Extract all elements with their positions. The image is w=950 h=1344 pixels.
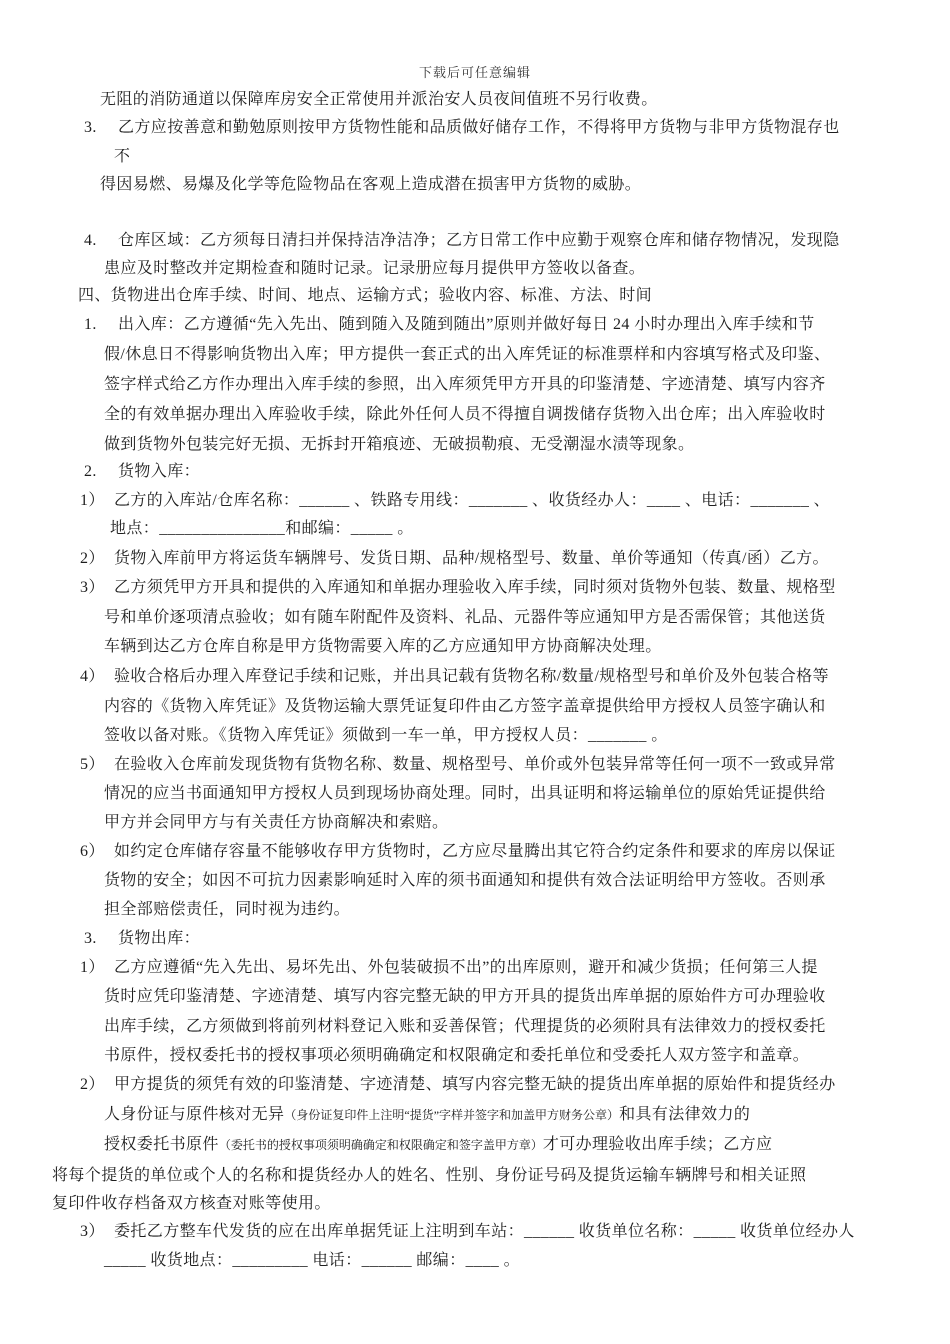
line-text: 货物出库： — [118, 930, 200, 947]
line-text: 号和单价逐项清点验收；如有随车附配件及资料、礼品、元器件等应通知甲方是否需保管；… — [104, 609, 826, 626]
line-text: 乙方的入库站/仓库名称：______ 、铁路专用线：_______ 、收货经办人… — [114, 492, 830, 509]
line-number: 6） — [80, 842, 114, 862]
text-line: 内容的《货物入库凭证》及货物运输大票凭证复印件由乙方签字盖章提供给甲方授权人员签… — [104, 697, 826, 717]
text-line: 做到货物外包装完好无损、无拆封开箱痕迹、无破损勒痕、无受潮湿水渍等现象。 — [104, 435, 694, 455]
line-number: 3） — [80, 578, 114, 598]
line-text: 货物入库前甲方将运货车辆牌号、发货日期、品种/规格型号、数量、单价等通知（传真/… — [114, 550, 829, 567]
line-text: 货时应凭印鉴清楚、字迹清楚、填写内容完整无缺的甲方开具的提货出库单据的原始件方可… — [104, 988, 826, 1005]
line-text: 出入库：乙方遵循“先入先出、随到随入及随到随出”原则并做好每日 24 小时办理出… — [118, 316, 815, 333]
line-number: 1） — [80, 491, 114, 511]
text-line: 2）货物入库前甲方将运货车辆牌号、发货日期、品种/规格型号、数量、单价等通知（传… — [80, 549, 829, 569]
text-line: 1）乙方的入库站/仓库名称：______ 、铁路专用线：_______ 、收货经… — [80, 491, 830, 511]
text-line: 得因易燃、易爆及化学等危险物品在客观上造成潜在损害甲方货物的威胁。 — [100, 175, 641, 195]
text-line: 货时应凭印鉴清楚、字迹清楚、填写内容完整无缺的甲方开具的提货出库单据的原始件方可… — [104, 987, 826, 1007]
line-text: 乙方须凭甲方开具和提供的入库通知和单据办理验收入库手续，同时须对货物外包装、数量… — [114, 579, 836, 596]
text-line: 签收以备对账。《货物入库凭证》须做到一车一单，甲方授权人员：_______ 。 — [104, 726, 668, 746]
line-text: 做到货物外包装完好无损、无拆封开箱痕迹、无破损勒痕、无受潮湿水渍等现象。 — [104, 436, 694, 453]
watermark-text: 下载后可任意编辑 — [0, 62, 950, 81]
line-number: 3. — [84, 929, 118, 949]
text-line: 人身份证与原件核对无异（身份证复印件上注明“提货”字样并签字和加盖甲方财务公章）… — [104, 1105, 750, 1125]
line-text: 书原件，授权委托书的授权事项必须明确确定和权限确定和委托单位和受委托人双方签字和… — [104, 1047, 809, 1064]
fine-print: （身份证复印件上注明“提货”字样并签字和加盖甲方财务公章） — [284, 1108, 619, 1122]
text-line: 1）乙方应遵循“先入先出、易坏先出、外包装破损不出”的出库原则，避开和减少货损；… — [80, 958, 818, 978]
page: { "page": { "background_color": "#ffffff… — [0, 0, 950, 1344]
text-line: 3.货物出库： — [84, 929, 200, 949]
text-line: 将每个提货的单位或个人的名称和提货经办人的姓名、性别、身份证号码及提货运输车辆牌… — [52, 1166, 806, 1186]
line-text: 四、货物进出仓库手续、时间、地点、运输方式；验收内容、标准、方法、时间 — [78, 287, 652, 304]
text-line: 3）委托乙方整车代发货的应在出库单据凭证上注明到车站：______ 收货单位名称… — [80, 1222, 855, 1242]
text-line: 5）在验收入仓库前发现货物有货物名称、数量、规格型号、单价或外包装异常等任何一项… — [80, 755, 836, 775]
line-text: 复印件收存档备双方核查对账等使用。 — [52, 1195, 331, 1212]
text-line: 货物的安全；如因不可抗力因素影响延时入库的须书面通知和提供有效合法证明给甲方签收… — [104, 871, 826, 891]
line-number: 3. — [84, 118, 118, 138]
line-number: 5） — [80, 755, 114, 775]
line-number: 4. — [84, 231, 118, 251]
text-line: _____ 收货地点：_________ 电话：______ 邮编：____ 。 — [104, 1251, 520, 1271]
line-number: 2） — [80, 549, 114, 569]
line-text: _____ 收货地点：_________ 电话：______ 邮编：____ 。 — [104, 1252, 520, 1269]
line-text: 将每个提货的单位或个人的名称和提货经办人的姓名、性别、身份证号码及提货运输车辆牌… — [52, 1167, 806, 1184]
text-line: 号和单价逐项清点验收；如有随车附配件及资料、礼品、元器件等应通知甲方是否需保管；… — [104, 608, 826, 628]
line-text: 全的有效单据办理出入库验收手续，除此外任何人员不得擅自调拨储存货物入出仓库；出入… — [104, 406, 826, 423]
line-number: 1） — [80, 958, 114, 978]
line-number: 2） — [80, 1075, 114, 1095]
line-text: 患应及时整改并定期检查和随时记录。记录册应每月提供甲方签收以备查。 — [104, 260, 645, 277]
line-number: 1. — [84, 315, 118, 335]
text-line: 4.仓库区域：乙方须每日清扫并保持洁净洁净；乙方日常工作中应勤于观察仓库和储存物… — [84, 231, 840, 251]
text-line: 1.出入库：乙方遵循“先入先出、随到随入及随到随出”原则并做好每日 24 小时办… — [84, 315, 815, 335]
text-line: 四、货物进出仓库手续、时间、地点、运输方式；验收内容、标准、方法、时间 — [78, 286, 652, 306]
line-text: 人身份证与原件核对无异 — [104, 1106, 284, 1123]
text-line: 2.货物入库： — [84, 462, 200, 482]
text-line: 3）乙方须凭甲方开具和提供的入库通知和单据办理验收入库手续，同时须对货物外包装、… — [80, 578, 836, 598]
line-text: 委托乙方整车代发货的应在出库单据凭证上注明到车站：______ 收货单位名称：_… — [114, 1223, 855, 1240]
line-text: 出库手续，乙方须做到将前列材料登记入账和妥善保管；代理提货的必须附具有法律效力的… — [104, 1018, 826, 1035]
text-line: 4）验收合格后办理入库登记手续和记账，并出具记载有货物名称/数量/规格型号和单价… — [80, 667, 829, 687]
text-line: 假/休息日不得影响货物出入库；甲方提供一套正式的出入库凭证的标准票样和内容填写格… — [104, 345, 830, 365]
text-line: 出库手续，乙方须做到将前列材料登记入账和妥善保管；代理提货的必须附具有法律效力的… — [104, 1017, 826, 1037]
line-text: 内容的《货物入库凭证》及货物运输大票凭证复印件由乙方签字盖章提供给甲方授权人员签… — [104, 698, 826, 715]
line-text: 假/休息日不得影响货物出入库；甲方提供一套正式的出入库凭证的标准票样和内容填写格… — [104, 346, 830, 363]
line-text: 乙方应按善意和勤勉原则按甲方货物性能和品质做好储存工作，不得将甲方货物与非甲方货… — [118, 119, 840, 136]
line-text: 无阻的消防通道以保障库房安全正常使用并派治安人员夜间值班不另行收费。 — [100, 91, 658, 108]
line-text: 如约定仓库储存容量不能够收存甲方货物时，乙方应尽量腾出其它符合约定条件和要求的库… — [114, 843, 836, 860]
text-line: 甲方并会同甲方与有关责任方协商解决和索赔。 — [104, 813, 448, 833]
line-text: 乙方应遵循“先入先出、易坏先出、外包装破损不出”的出库原则，避开和减少货损；任何… — [114, 959, 818, 976]
text-line: 不 — [114, 147, 130, 167]
text-line: 情况的应当书面通知甲方授权人员到现场协商处理。同时，出具证明和将运输单位的原始凭… — [104, 784, 826, 804]
text-line: 复印件收存档备双方核查对账等使用。 — [52, 1194, 331, 1214]
line-text: 货物的安全；如因不可抗力因素影响延时入库的须书面通知和提供有效合法证明给甲方签收… — [104, 872, 826, 889]
text-line: 患应及时整改并定期检查和随时记录。记录册应每月提供甲方签收以备查。 — [104, 259, 645, 279]
line-text: 签收以备对账。《货物入库凭证》须做到一车一单，甲方授权人员：_______ 。 — [104, 727, 668, 744]
line-text: 得因易燃、易爆及化学等危险物品在客观上造成潜在损害甲方货物的威胁。 — [100, 176, 641, 193]
text-line: 全的有效单据办理出入库验收手续，除此外任何人员不得擅自调拨储存货物入出仓库；出入… — [104, 405, 826, 425]
text-line: 2）甲方提货的须凭有效的印鉴清楚、字迹清楚、填写内容完整无缺的提货出库单据的原始… — [80, 1075, 836, 1095]
text-line: 签字样式给乙方作办理出入库手续的参照，出入库须凭甲方开具的印鉴清楚、字迹清楚、填… — [104, 375, 826, 395]
line-number: 3） — [80, 1222, 114, 1242]
line-text: 仓库区域：乙方须每日清扫并保持洁净洁净；乙方日常工作中应勤于观察仓库和储存物情况… — [118, 232, 840, 249]
line-text: 情况的应当书面通知甲方授权人员到现场协商处理。同时，出具证明和将运输单位的原始凭… — [104, 785, 826, 802]
line-text: 授权委托书原件 — [104, 1136, 219, 1153]
line-text: 地点：_______________和邮编：_____ 。 — [110, 520, 414, 537]
line-text: 验收合格后办理入库登记手续和记账，并出具记载有货物名称/数量/规格型号和单价及外… — [114, 668, 829, 685]
line-text: 才可办理验收出库手续；乙方应 — [543, 1136, 773, 1153]
text-line: 书原件，授权委托书的授权事项必须明确确定和权限确定和委托单位和受委托人双方签字和… — [104, 1046, 809, 1066]
line-text: 甲方提货的须凭有效的印鉴清楚、字迹清楚、填写内容完整无缺的提货出库单据的原始件和… — [114, 1076, 836, 1093]
line-text: 车辆到达乙方仓库自称是甲方货物需要入库的乙方应通知甲方协商解决处理。 — [104, 638, 662, 655]
line-text: 和具有法律效力的 — [619, 1106, 750, 1123]
line-text: 签字样式给乙方作办理出入库手续的参照，出入库须凭甲方开具的印鉴清楚、字迹清楚、填… — [104, 376, 826, 393]
line-text: 在验收入仓库前发现货物有货物名称、数量、规格型号、单价或外包装异常等任何一项不一… — [114, 756, 836, 773]
text-line: 地点：_______________和邮编：_____ 。 — [110, 519, 414, 539]
document-page: 下载后可任意编辑 无阻的消防通道以保障库房安全正常使用并派治安人员夜间值班不另行… — [0, 0, 950, 1344]
line-text: 甲方并会同甲方与有关责任方协商解决和索赔。 — [104, 814, 448, 831]
line-text: 货物入库： — [118, 463, 200, 480]
line-text: 担全部赔偿责任，同时视为违约。 — [104, 901, 350, 918]
line-number: 2. — [84, 462, 118, 482]
text-line: 无阻的消防通道以保障库房安全正常使用并派治安人员夜间值班不另行收费。 — [100, 90, 658, 110]
fine-print: （委托书的授权事项须明确确定和权限确定和签字盖甲方章） — [219, 1138, 543, 1152]
text-line: 车辆到达乙方仓库自称是甲方货物需要入库的乙方应通知甲方协商解决处理。 — [104, 637, 662, 657]
text-line: 3.乙方应按善意和勤勉原则按甲方货物性能和品质做好储存工作，不得将甲方货物与非甲… — [84, 118, 840, 138]
text-line: 授权委托书原件（委托书的授权事项须明确确定和权限确定和签字盖甲方章）才可办理验收… — [104, 1135, 772, 1155]
text-line: 担全部赔偿责任，同时视为违约。 — [104, 900, 350, 920]
text-line: 6）如约定仓库储存容量不能够收存甲方货物时，乙方应尽量腾出其它符合约定条件和要求… — [80, 842, 836, 862]
line-text: 不 — [114, 148, 130, 165]
line-number: 4） — [80, 667, 114, 687]
